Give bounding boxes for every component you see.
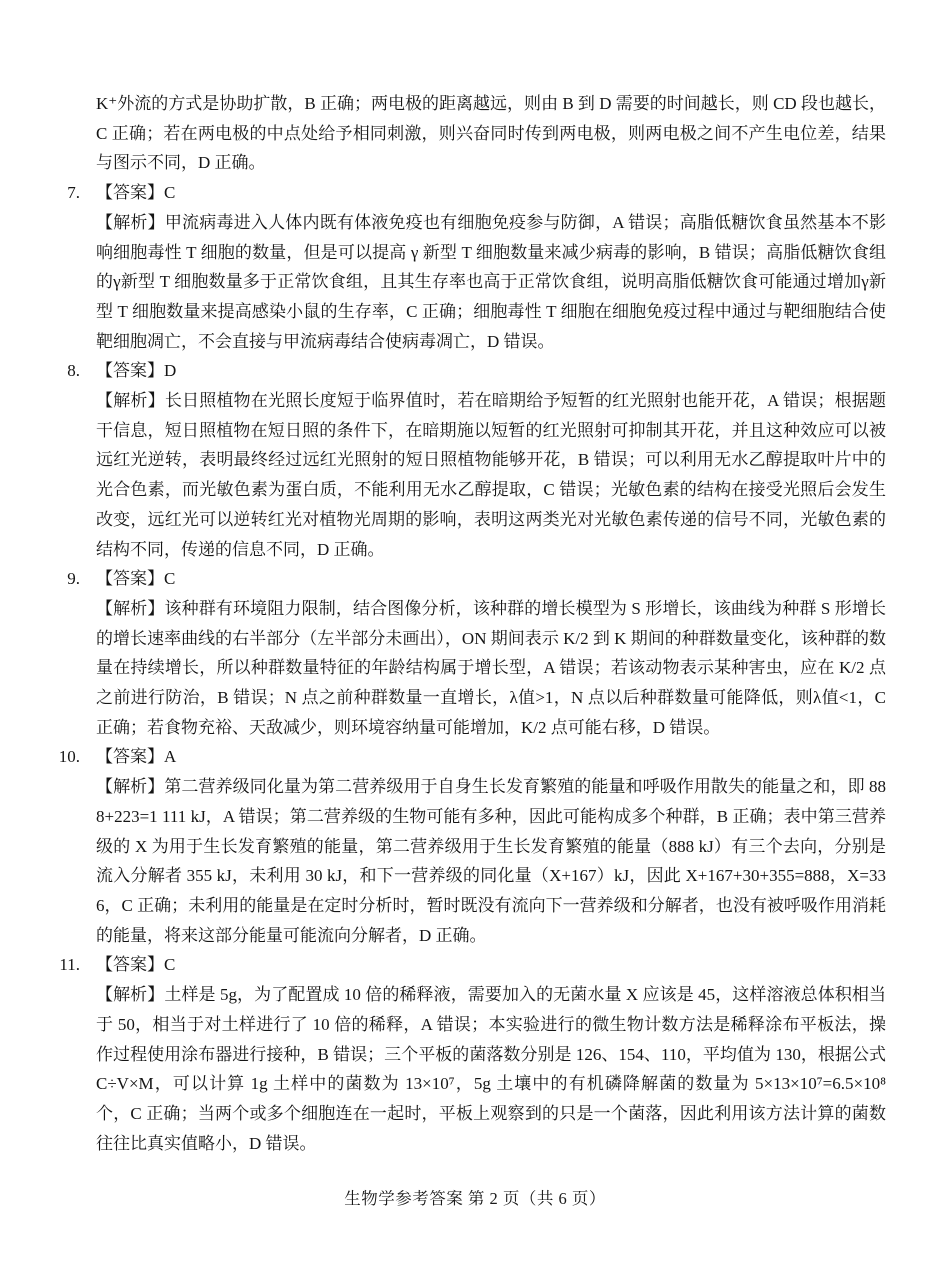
analysis-text: 土样是 5g，为了配置成 10 倍的稀释液，需要加入的无菌水量 X 应该是 45…	[96, 985, 886, 1153]
answer-value: C	[164, 955, 175, 974]
analysis-paragraph: 【解析】长日照植物在光照长度短于临界值时，若在暗期给予短暂的红光照射也能开花，A…	[96, 386, 886, 564]
answer-label: 【答案】	[96, 747, 164, 766]
analysis-label: 【解析】	[96, 777, 164, 796]
analysis-label: 【解析】	[96, 599, 165, 618]
analysis-text: 长日照植物在光照长度短于临界值时，若在暗期给予短暂的红光照射也能开花，A 错误；…	[96, 391, 886, 559]
answer-line: 【答案】C	[96, 178, 886, 208]
analysis-label: 【解析】	[96, 391, 165, 410]
answer-line: 【答案】C	[96, 950, 886, 980]
document-page: K⁺外流的方式是协助扩散，B 正确；两电极的距离越远，则由 B 到 D 需要的时…	[0, 0, 950, 1267]
analysis-label: 【解析】	[96, 213, 165, 232]
analysis-text: 第二营养级同化量为第二营养级用于自身生长发育繁殖的能量和呼吸作用散失的能量之和，…	[96, 777, 886, 945]
answer-item-10: 10. 【答案】A 【解析】第二营养级同化量为第二营养级用于自身生长发育繁殖的能…	[96, 742, 886, 950]
answer-item-9: 9. 【答案】C 【解析】该种群有环境阻力限制，结合图像分析，该种群的增长模型为…	[96, 564, 886, 742]
answer-label: 【答案】	[96, 569, 164, 588]
analysis-paragraph: 【解析】土样是 5g，为了配置成 10 倍的稀释液，需要加入的无菌水量 X 应该…	[96, 980, 886, 1158]
item-number: 9.	[50, 564, 80, 594]
answer-line: 【答案】D	[96, 356, 886, 386]
answer-value: C	[164, 569, 175, 588]
answer-line: 【答案】A	[96, 742, 886, 772]
item-number: 7.	[50, 178, 80, 208]
answer-item-8: 8. 【答案】D 【解析】长日照植物在光照长度短于临界值时，若在暗期给予短暂的红…	[96, 356, 886, 564]
answer-item-7: 7. 【答案】C 【解析】甲流病毒进入人体内既有体液免疫也有细胞免疫参与防御，A…	[96, 178, 886, 356]
answer-line: 【答案】C	[96, 564, 886, 594]
answer-label: 【答案】	[96, 955, 164, 974]
item-number: 8.	[50, 356, 80, 386]
answer-label: 【答案】	[96, 361, 164, 380]
answer-value: A	[164, 747, 176, 766]
analysis-text: 甲流病毒进入人体内既有体液免疫也有细胞免疫参与防御，A 错误；高脂低糖饮食虽然基…	[96, 213, 886, 351]
page-footer: 生物学参考答案 第 2 页（共 6 页）	[0, 1187, 950, 1211]
answer-item-11: 11. 【答案】C 【解析】土样是 5g，为了配置成 10 倍的稀释液，需要加入…	[96, 950, 886, 1158]
item-number: 10.	[50, 742, 80, 772]
continuation-paragraph: K⁺外流的方式是协助扩散，B 正确；两电极的距离越远，则由 B 到 D 需要的时…	[96, 89, 886, 178]
analysis-text: 该种群有环境阻力限制，结合图像分析，该种群的增长模型为 S 形增长，该曲线为种群…	[96, 599, 886, 737]
analysis-paragraph: 【解析】甲流病毒进入人体内既有体液免疫也有细胞免疫参与防御，A 错误；高脂低糖饮…	[96, 208, 886, 357]
item-number: 11.	[50, 950, 80, 980]
answer-label: 【答案】	[96, 183, 164, 202]
analysis-label: 【解析】	[96, 985, 164, 1004]
analysis-paragraph: 【解析】该种群有环境阻力限制，结合图像分析，该种群的增长模型为 S 形增长，该曲…	[96, 594, 886, 743]
analysis-paragraph: 【解析】第二营养级同化量为第二营养级用于自身生长发育繁殖的能量和呼吸作用散失的能…	[96, 772, 886, 950]
answer-value: C	[164, 183, 175, 202]
answer-value: D	[164, 361, 176, 380]
